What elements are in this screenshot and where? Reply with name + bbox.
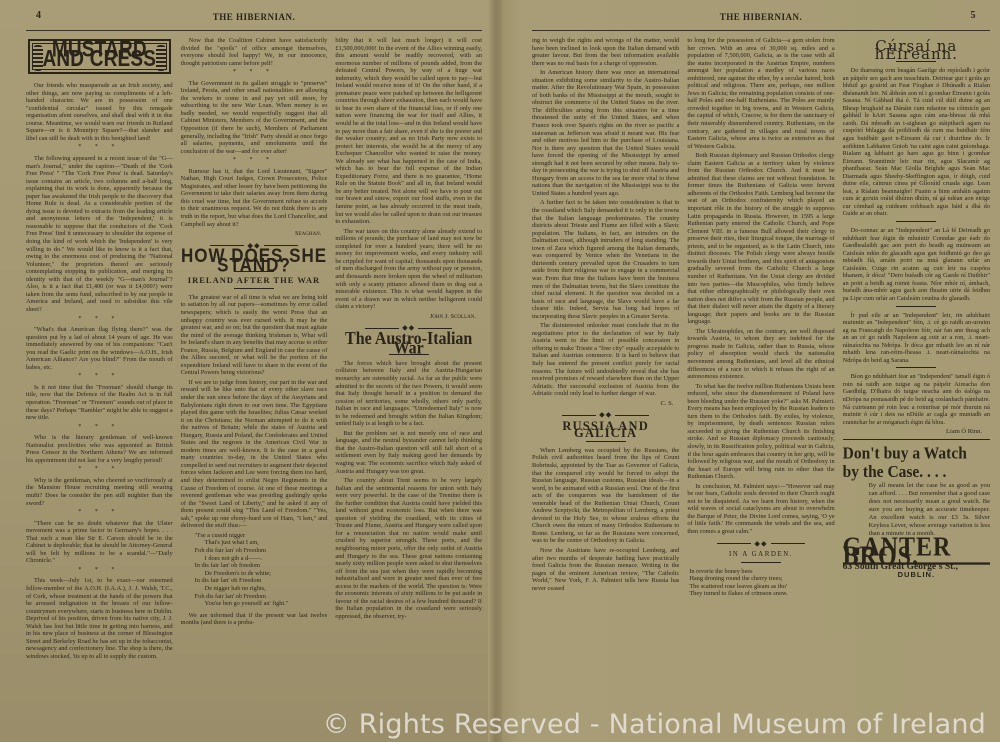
asterism-divider: * * * xyxy=(26,144,173,152)
paragraph: Both Russian diplomacy and Russian Ortho… xyxy=(687,152,834,326)
paragraph: Our friends who masquerade as an Irish s… xyxy=(26,82,173,142)
paragraph: Bíon go ndubhairt fear an "Independent" … xyxy=(843,373,990,426)
paragraph: In American history there was once an in… xyxy=(532,69,679,197)
divider xyxy=(234,288,274,289)
page-gutter xyxy=(488,0,502,742)
paragraph: To what has the twelve million Ruthenian… xyxy=(687,383,834,481)
verse-line: In dis fair lan' ob freedom xyxy=(195,562,328,570)
advert-city: DUBLIN. xyxy=(843,571,990,579)
verse-line: Foh dis fair lan' ob Freedom xyxy=(195,593,328,601)
column-2: to long for the possession of Galicia—a … xyxy=(687,37,834,602)
newspaper-spread: 4 THE HIBERNIAN. MUSTARD AND CRESS Our f… xyxy=(0,0,1000,742)
paragraph: ing to weigh the rights and wrongs of th… xyxy=(532,37,679,67)
asterism-divider: * * * xyxy=(26,466,173,474)
byline: C. S. xyxy=(532,400,679,408)
paragraph: "What's that American flag flying there?… xyxy=(26,326,173,371)
paragraph: The greatest war of all time is what we … xyxy=(181,294,328,377)
watch-advertisement: Don't buy a Watch by the Case. . . . By … xyxy=(843,444,990,579)
scroll-ornament-icon xyxy=(156,45,166,71)
paragraph: The following appeared in a recent issue… xyxy=(26,155,173,313)
verse-line: De Freedom's to de white; xyxy=(195,570,328,578)
header-rule xyxy=(26,30,482,31)
paragraph: "There can be no doubt whatever that the… xyxy=(26,520,173,565)
verse: "I'se a cussid nigger That's just what I… xyxy=(195,532,328,608)
column-1: ing to weigh the rights and wrongs of th… xyxy=(532,37,679,602)
paragraph: A further fact to be taken into consider… xyxy=(532,199,679,320)
verse: In reverie the boney bees Hang droning r… xyxy=(689,568,834,598)
column-irish-language: Cúrsaí na hÉireann. Do tharraing orm bea… xyxy=(843,37,990,602)
paragraph: When Lemberg was occupied by the Russian… xyxy=(532,447,679,545)
paragraph: The war taxes on this country alone alre… xyxy=(335,228,482,311)
paragraph: But the problem set is not merely one of… xyxy=(335,430,482,475)
paragraph: The country about Trent seems to be very… xyxy=(335,477,482,620)
paragraph: Do tharraing orm beagán Gaeilge do repío… xyxy=(843,67,990,218)
column-2: Now that the Coalition Cabinet have sati… xyxy=(181,37,328,662)
verse-line: In dis fair lan' ob Freedom xyxy=(195,577,328,585)
verse-line: In reverie the boney bees xyxy=(689,568,834,576)
divider xyxy=(741,562,781,563)
paragraph: Why is the gentleman, who cheered so voc… xyxy=(26,477,173,507)
advert-body: By all means let the case be as good as … xyxy=(869,482,990,537)
article-subheading: IRELAND AFTER THE WAR xyxy=(181,277,328,285)
article-heading: The Austro-Italian War xyxy=(335,335,482,352)
paragraph: In conclusion, M. Palmieri says:—"Howeve… xyxy=(687,483,834,536)
advert-headline: Don't buy a Watch by the Case. . . . xyxy=(843,444,990,481)
asterism-divider: * * * xyxy=(26,509,173,517)
verse-line: They turned to flakes of crimson snow. xyxy=(689,590,834,598)
left-columns: MUSTARD AND CRESS Our friends who masque… xyxy=(26,37,482,662)
masthead-title: THE HIBERNIAN. xyxy=(532,12,990,22)
right-columns: ing to weigh the rights and wrongs of th… xyxy=(532,37,990,602)
running-head-right: THE HIBERNIAN. 5 xyxy=(532,10,990,24)
divider xyxy=(896,306,936,307)
byline: Liam Ó Rinn. xyxy=(843,428,990,436)
section-heading: MUSTARD AND CRESS xyxy=(34,45,165,63)
asterism-divider: * * * xyxy=(26,373,173,381)
verse-line: I does not gib a d——. xyxy=(195,555,328,563)
paragraph: We are informed that if the present war … xyxy=(181,612,328,627)
ornament-divider-icon: ⬥⬥ xyxy=(532,411,679,419)
paragraph: The disinterested onlooker must conclude… xyxy=(532,322,679,397)
asterism-divider: * * * xyxy=(26,316,173,324)
paragraph: to long for the possession of Galicia—a … xyxy=(687,37,834,150)
asterism-divider: * * * xyxy=(26,424,173,432)
asterism-divider: * * * xyxy=(26,567,173,575)
paragraph: The Government in its gallant struggle t… xyxy=(181,80,328,155)
byline: Seaghan. xyxy=(181,230,328,238)
asterism-divider: * * * xyxy=(181,69,328,77)
verse-line: Hang droning round the cherry trees; xyxy=(689,575,834,583)
paragraph: Ír pud eile ar an "Independent" leir, ri… xyxy=(843,312,990,365)
paragraph: If we are to judge from history, our par… xyxy=(181,379,328,530)
paragraph: Is it not time that the "Freeman" should… xyxy=(26,384,173,422)
paragraph: Do-connac ar an "Independent" an Lá fé D… xyxy=(843,227,990,302)
running-head-left: 4 THE HIBERNIAN. xyxy=(26,10,482,24)
advert-headline-line: Don't buy a Watch xyxy=(843,444,990,463)
verse-line: The scattered rose leaves gleam as tho' xyxy=(689,583,834,591)
header-rule xyxy=(532,30,990,31)
copyright-watermark: © Rights Reserved - National Museum of I… xyxy=(323,709,986,740)
column-3: bility that it will last much longer) it… xyxy=(335,37,482,662)
mustard-and-cress-heading-box: MUSTARD AND CRESS xyxy=(28,39,171,74)
asterism-divider: * * * xyxy=(181,157,328,165)
verse-line: "I'se a cussid nigger xyxy=(195,532,328,540)
paragraph: The forces which have brought about the … xyxy=(335,360,482,428)
paragraph: Now that the Coalition Cabinet have sati… xyxy=(181,37,328,67)
divider xyxy=(896,221,936,222)
right-page: THE HIBERNIAN. 5 ing to weigh the rights… xyxy=(490,0,1000,742)
verse-line: You'se ben go yourself an' fight." xyxy=(195,600,328,608)
article-heading: Cúrsaí na hÉireann. xyxy=(843,43,990,58)
masthead-title: THE HIBERNIAN. xyxy=(26,12,482,22)
paragraph: Who is the literary gentleman of well-kn… xyxy=(26,434,173,464)
verse-line: That's just what I am, xyxy=(195,539,328,547)
paragraph: Rumour has it, that the Lord Lieutenant,… xyxy=(181,168,328,228)
column-mustard-and-cress: MUSTARD AND CRESS Our friends who masque… xyxy=(26,37,173,662)
left-page: 4 THE HIBERNIAN. MUSTARD AND CRESS Our f… xyxy=(0,0,490,742)
paragraph: Now the Austrians have re-occupied Lembe… xyxy=(532,547,679,592)
byline: John J. Scollan. xyxy=(335,313,482,321)
paragraph: This week—July 1st, to be exact—our este… xyxy=(26,577,173,660)
divider xyxy=(896,367,936,368)
verse-line: De nigger hab no rights, xyxy=(195,585,328,593)
advert-headline-line: by the Case. . . . xyxy=(843,463,990,482)
paragraph: bility that it will last much longer) it… xyxy=(335,37,482,226)
verse-line: Foh dis fair lan' ob Freedom xyxy=(195,547,328,555)
article-heading: HOW DOES SHE STAND? xyxy=(181,252,328,269)
divider xyxy=(586,441,626,442)
ornament-divider-icon: ⬥⬥ xyxy=(687,540,834,548)
advert-brand: GANTER BROS. xyxy=(843,544,990,565)
page-number: 5 xyxy=(971,10,977,21)
paragraph: The Ukrainophiles, on the contrary, are … xyxy=(687,328,834,381)
advert-rule xyxy=(843,439,990,441)
poem-title: IN A GARDEN. xyxy=(687,551,834,559)
article-heading: RUSSIA AND GALICIA xyxy=(532,423,679,438)
